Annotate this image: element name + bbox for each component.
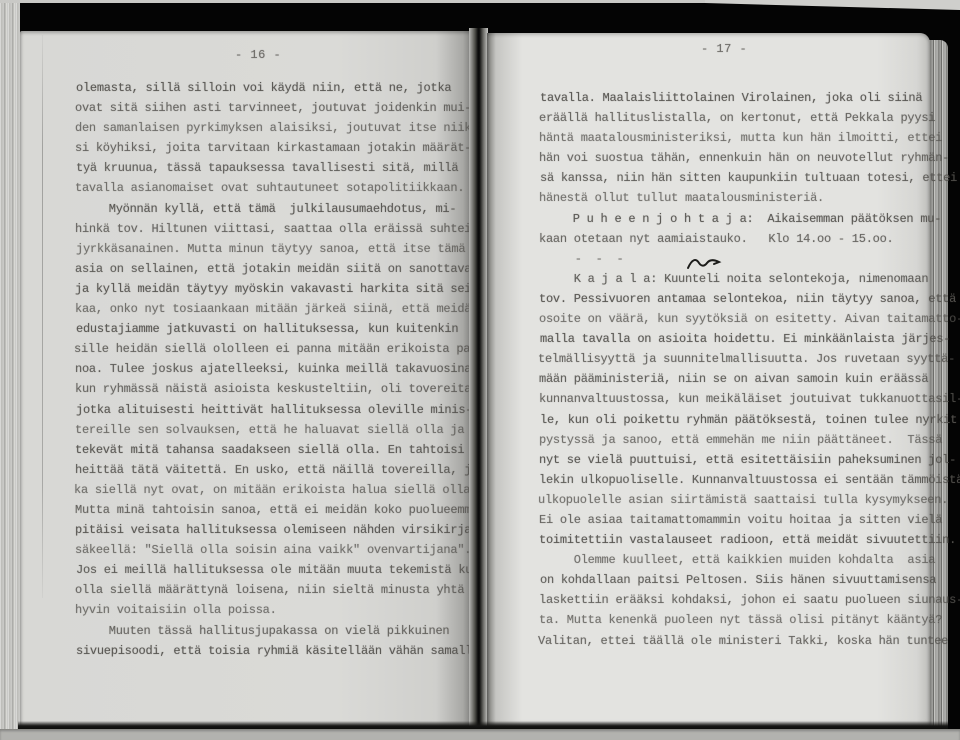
page-16-text: olemasta, sillä silloin voi käydä niin, … [75,78,506,661]
page-number-right: - 17 - [701,42,747,56]
text-line: hän voi suostua tähän, ennenkuin hän on … [539,148,960,168]
text-line: ka siellä nyt ovat, on mitään erikoista … [74,480,506,500]
top-right-paper-edge [705,0,960,10]
scanned-book-spread: - 16 - olemasta, sillä silloin voi käydä… [0,0,960,740]
text-line: tavalla asianomaiset ovat suhtautuneet s… [75,178,506,198]
text-line: on kohdallaan paitsi Peltosen. Siis häne… [540,570,960,590]
text-line: den samanlaisen pyrkimyksen alaisiksi, j… [75,118,506,138]
text-line: pystyssä ja sanoo, että emmehän me niin … [539,430,960,450]
text-line: P u h e e n j o h t a j a: Aikaisemman p… [538,209,960,229]
text-line: telmällisyyttä ja suunnitelmallisuutta. … [538,349,960,369]
text-line: ulkopuolelle asian siirtämistä saattaisi… [538,490,960,510]
text-line: kunnanvaltuustossa, kun meikäläiset jout… [539,389,960,409]
text-line: mään pääministeriä, niin se on aivan sam… [539,369,960,389]
text-line: kaan otetaan nyt aamiaistauko. Klo 14.oo… [539,229,960,249]
text-line: nyt se vielä puuttuisi, että esitettäisi… [539,450,960,470]
text-line: tereille sen solvauksen, että he haluava… [75,420,506,440]
text-line: ta. Mutta kenenkä puoleen nyt tässä olis… [539,610,960,630]
text-line: ja kyllä meidän täytyy myöskin vakavasti… [75,279,506,299]
page-17: - 17 - tavalla. Maalaisliittolainen Viro… [487,33,930,727]
text-line: sivuepisoodi, että toisia ryhmiä käsitel… [76,641,506,661]
text-line: le, kun oli poikettu ryhmän päätöksestä,… [540,410,960,430]
text-line: olemasta, sillä silloin voi käydä niin, … [76,78,506,98]
text-line: si köyhiksi, joita tarvitaan kirkastamaa… [75,138,506,158]
text-line: jotka alituisesti heittivät hallituksess… [76,400,506,420]
text-line: olla siellä määrättynä loisena, niin sie… [75,580,506,600]
text-line: laskettiin erääksi kohdaksi, johon ei sa… [539,590,960,610]
text-line: häntä maatalousministeriksi, mutta kun h… [539,128,960,148]
book-gutter-shadow [469,28,488,735]
text-line: hyvin voitaisiin olla poissa. [75,600,506,620]
text-line: eräällä hallituslistalla, on kertonut, e… [539,108,960,128]
text-line: edustajiamme jatkuvasti on hallituksessa… [76,319,506,339]
text-line: sä kanssa, niin hän sitten kaupunkiin tu… [540,168,960,188]
left-page-edge-stack [0,0,20,729]
text-line: Valitan, ettei täällä ole ministeri Takk… [538,631,960,651]
text-line: Ei ole asiaa taitamattomammin voitu hoit… [539,510,960,530]
text-line: pitäisi veisata hallituksessa olemiseen … [75,520,506,540]
text-line: noa. Tulee joskus ajatelleeksi, kuinka m… [75,359,506,379]
table-surface [0,729,960,740]
page-number-left: - 16 - [235,48,281,62]
text-line: Jos ei meillä hallituksessa ole mitään m… [76,560,506,580]
text-line: - - - [540,249,960,269]
text-line: tov. Pessivuoren antamaa selontekoa, nii… [539,289,960,309]
text-line: Myönnän kyllä, että tämä julkilausumaehd… [74,199,506,219]
top-paper-edge [0,0,705,3]
text-line: Olemme kuulleet, että kaikkien muiden ko… [539,550,960,570]
text-line: ovat sitä siihen asti tarvinneet, joutuv… [75,98,506,118]
text-line: Mutta minä tahtoisin sanoa, että ei meid… [75,500,506,520]
text-line: K a j a l a: Kuunteli noita selontekoja,… [539,269,960,289]
text-line: säkeellä: "Siellä olla soisin aina vaikk… [75,540,506,560]
text-line: hinkä tov. Hiltunen viittasi, saattaa ol… [75,219,506,239]
text-line: sille heidän siellä ololleen ei panna mi… [74,339,506,359]
text-line: hänestä ollut tullut maatalousministeriä… [539,188,960,208]
text-line: toimitettiin vastalauseet radioon, että … [539,530,960,550]
text-line: tekevät mitä tahansa saadakseen siellä o… [75,440,506,460]
text-line: Muuten tässä hallitusjupakassa on vielä … [74,621,506,641]
text-line: osoite on väärä, kun syytöksiä on esitet… [539,309,960,329]
text-line: heittää tätä väitettä. En usko, että näi… [75,460,506,480]
handwritten-annotation-mark [685,255,723,273]
text-line: tyä kruunua, tässä tapauksessa tavallise… [76,158,506,178]
text-line: tavalla. Maalaisliittolainen Virolainen,… [540,88,960,108]
text-line: kun ryhmässä näistä asioista keskustelti… [75,379,506,399]
text-line: lekin ulkopuoliselle. Kunnanvaltuustossa… [539,470,960,490]
text-line: jyrkkäsanainen. Mutta minun täytyy sanoa… [76,239,506,259]
page-17-text: tavalla. Maalaisliittolainen Virolainen,… [539,88,960,651]
text-line: malla tavalla on asioita hoidettu. Ei mi… [540,329,960,349]
text-line: asia on sellainen, että jotakin meidän s… [75,259,506,279]
page-16: - 16 - olemasta, sillä silloin voi käydä… [20,31,472,728]
text-line: kaa, onko nyt tosiaankaan mitään järkeä … [75,299,506,319]
